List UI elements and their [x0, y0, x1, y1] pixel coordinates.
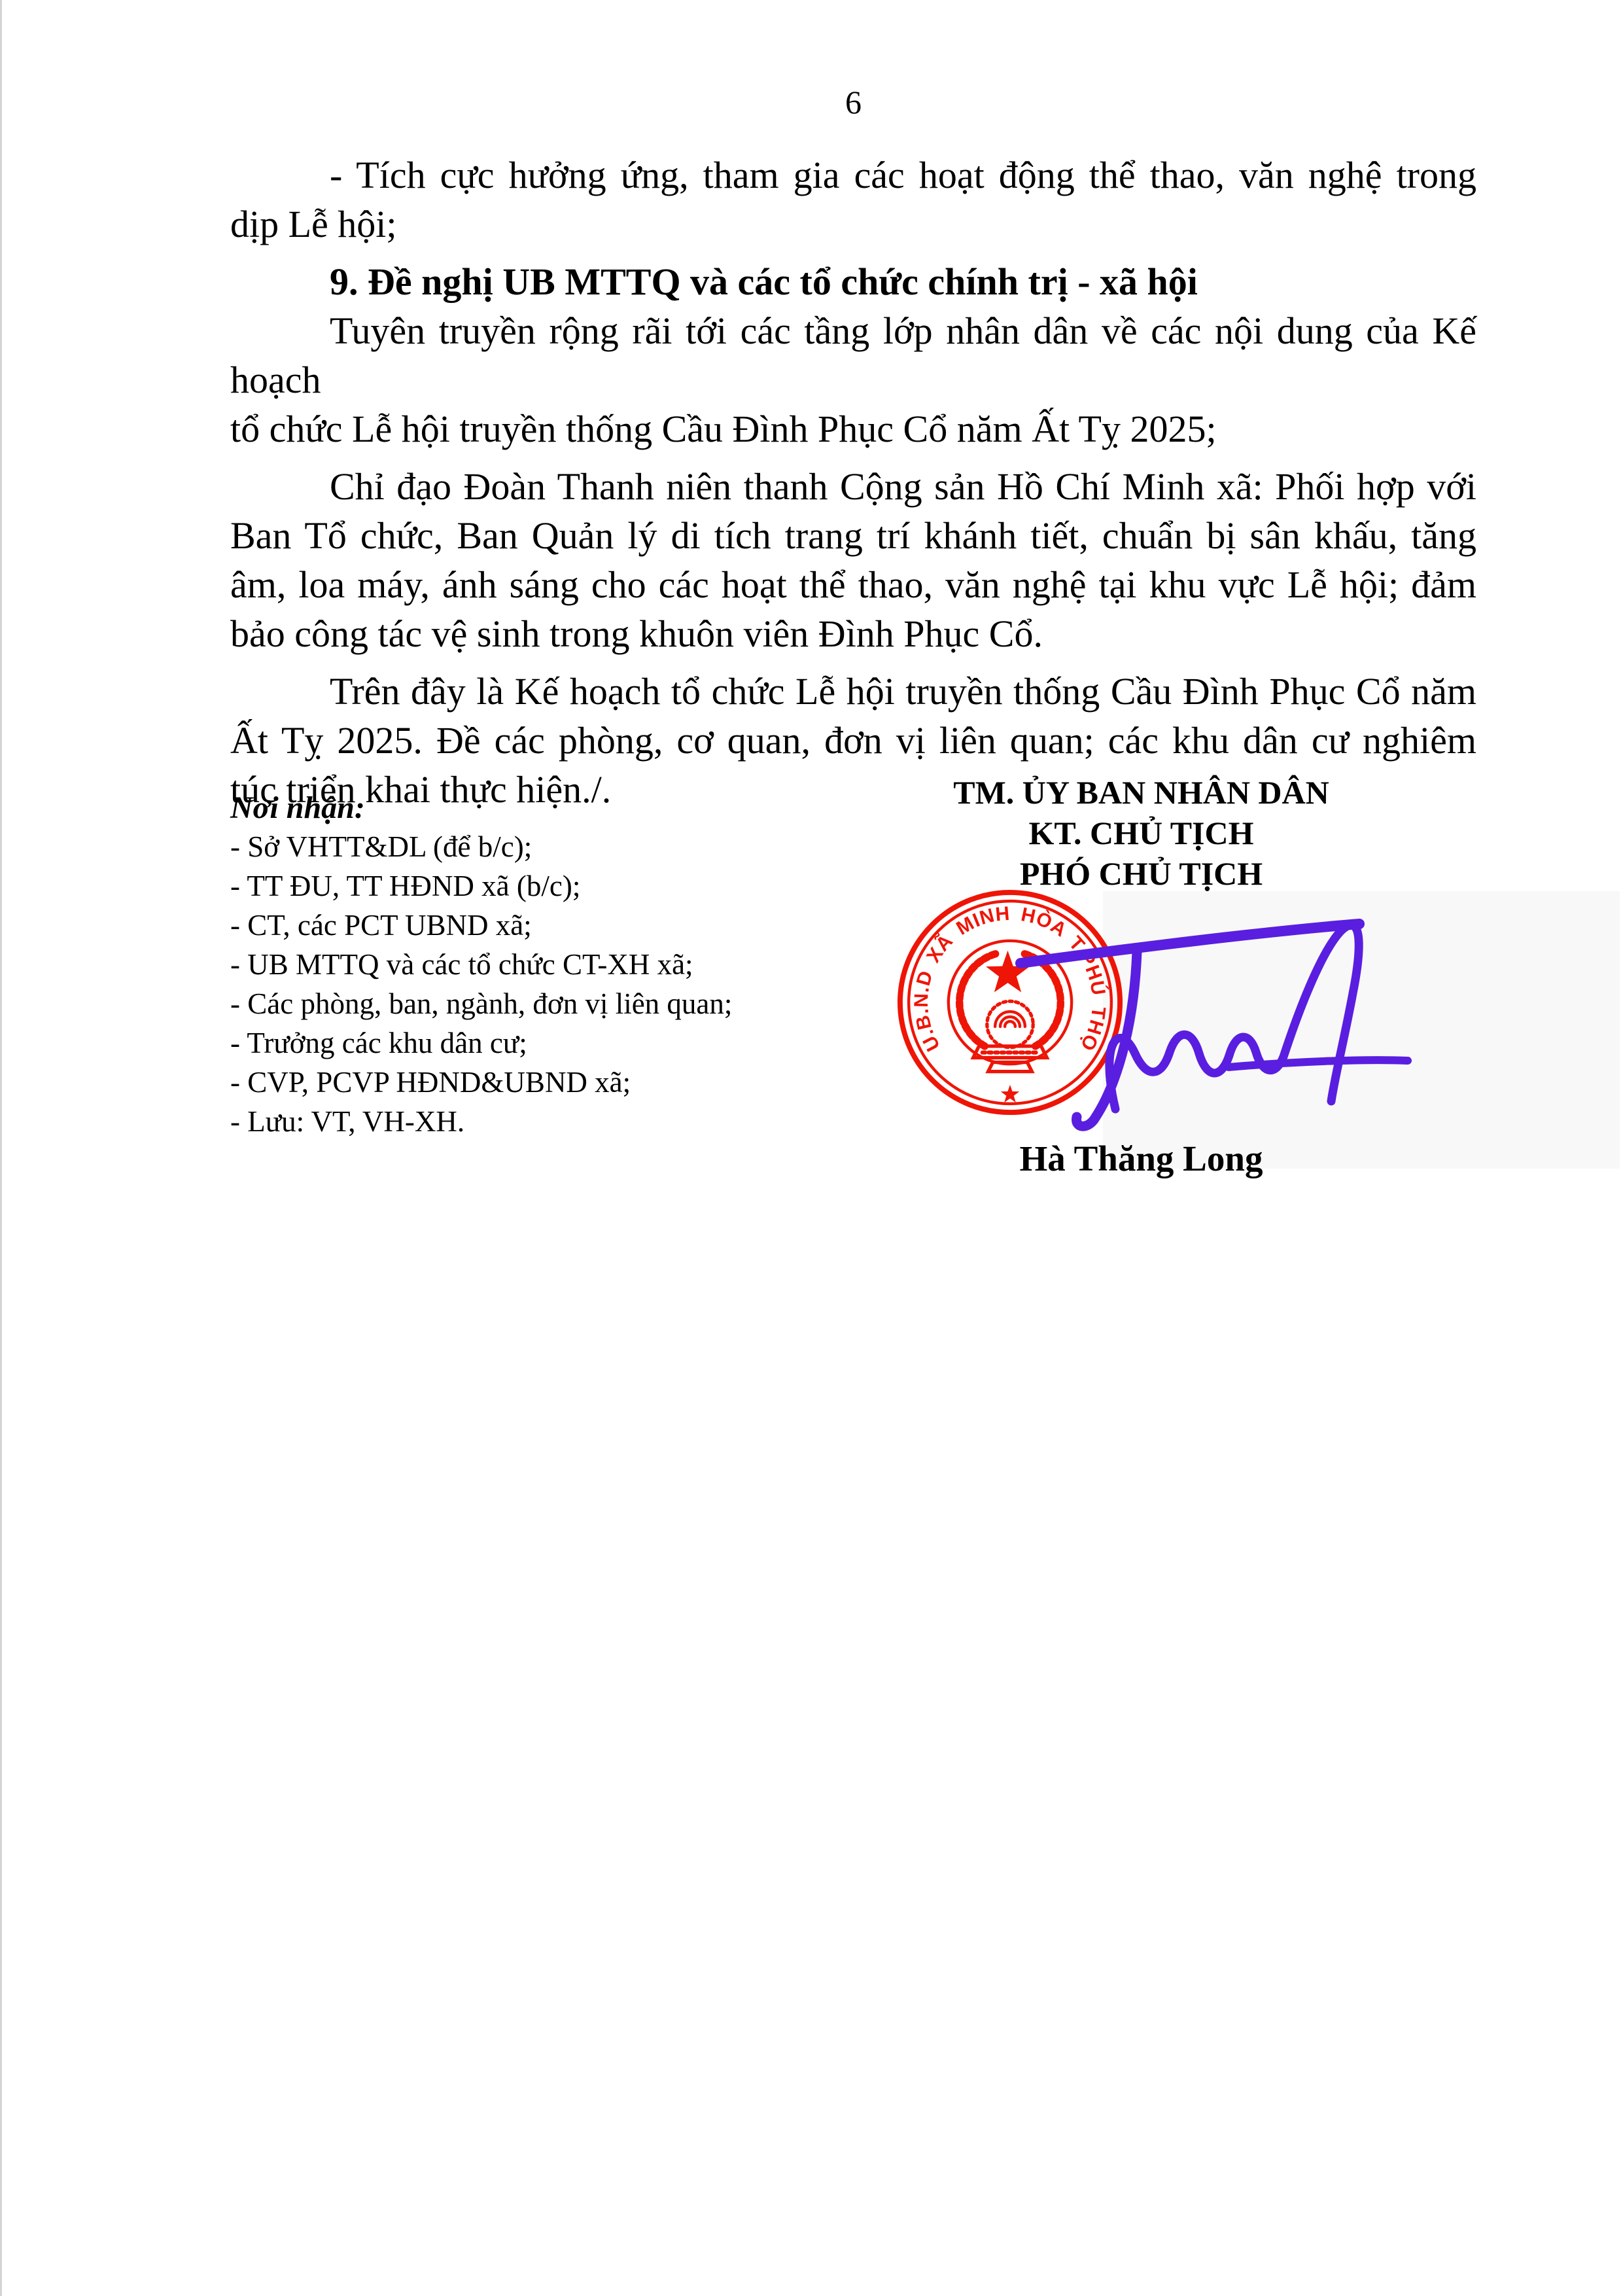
- recipient-item: - Lưu: VT, VH-XH.: [230, 1102, 819, 1141]
- handwritten-signature: [1007, 887, 1465, 1148]
- body-line: Tuyên truyền rộng rãi tới các tầng lớp n…: [230, 306, 1476, 404]
- body-line: âm, loa máy, ánh sáng cho các hoạt thể t…: [230, 560, 1476, 609]
- recipient-item: - Các phòng, ban, ngành, đơn vị liên qua…: [230, 984, 819, 1023]
- recipient-item: - TT ĐU, TT HĐND xã (b/c);: [230, 866, 819, 906]
- body-line: Ất Tỵ 2025. Đề các phòng, cơ quan, đơn v…: [230, 716, 1476, 765]
- body-line: Trên đây là Kế hoạch tổ chức Lễ hội truy…: [230, 667, 1476, 716]
- recipients-label: Nơi nhận:: [230, 789, 819, 827]
- body-line: Ban Tổ chức, Ban Quản lý di tích trang t…: [230, 511, 1476, 560]
- authority-block: TM. ỦY BAN NHÂN DÂN KT. CHỦ TỊCH PHÓ CHỦ…: [835, 772, 1447, 894]
- body-line: Chỉ đạo Đoàn Thanh niên thanh Cộng sản H…: [230, 462, 1476, 511]
- recipient-item: - CT, các PCT UBND xã;: [230, 906, 819, 945]
- recipient-item: - Sở VHTT&DL (để b/c);: [230, 827, 819, 866]
- signature-ink: [1021, 924, 1408, 1126]
- recipients-block: Nơi nhận: - Sở VHTT&DL (để b/c); - TT ĐU…: [230, 789, 819, 1141]
- recipient-item: - CVP, PCVP HĐND&UBND xã;: [230, 1063, 819, 1102]
- authority-org: TM. ỦY BAN NHÂN DÂN: [835, 772, 1447, 813]
- body-text: - Tích cực hưởng ứng, tham gia các hoạt …: [230, 150, 1476, 814]
- scan-edge-artifact: [0, 0, 2, 2296]
- signature-stroke-underline: [1229, 1060, 1408, 1067]
- document-page: 6 - Tích cực hưởng ứng, tham gia các hoạ…: [0, 0, 1623, 2296]
- section-heading: 9. Đề nghị UB MTTQ và các tổ chức chính …: [230, 257, 1476, 306]
- body-line: tổ chức Lễ hội truyền thống Cầu Đình Phụ…: [230, 404, 1476, 453]
- signature-stroke-loops: [1109, 925, 1359, 1109]
- body-line: dịp Lễ hội;: [230, 200, 1476, 249]
- recipient-item: - UB MTTQ và các tổ chức CT-XH xã;: [230, 945, 819, 984]
- body-line: bảo công tác vệ sinh trong khuôn viên Đì…: [230, 609, 1476, 658]
- page-number: 6: [230, 82, 1476, 122]
- recipient-item: - Trưởng các khu dân cư;: [230, 1023, 819, 1063]
- authority-delegation: KT. CHỦ TỊCH: [835, 813, 1447, 853]
- body-line: - Tích cực hưởng ứng, tham gia các hoạt …: [230, 150, 1476, 200]
- signer-name: Hà Thăng Long: [835, 1136, 1447, 1182]
- authority-title: PHÓ CHỦ TỊCH: [835, 853, 1447, 894]
- signature-stroke-crossbar: [1021, 924, 1359, 963]
